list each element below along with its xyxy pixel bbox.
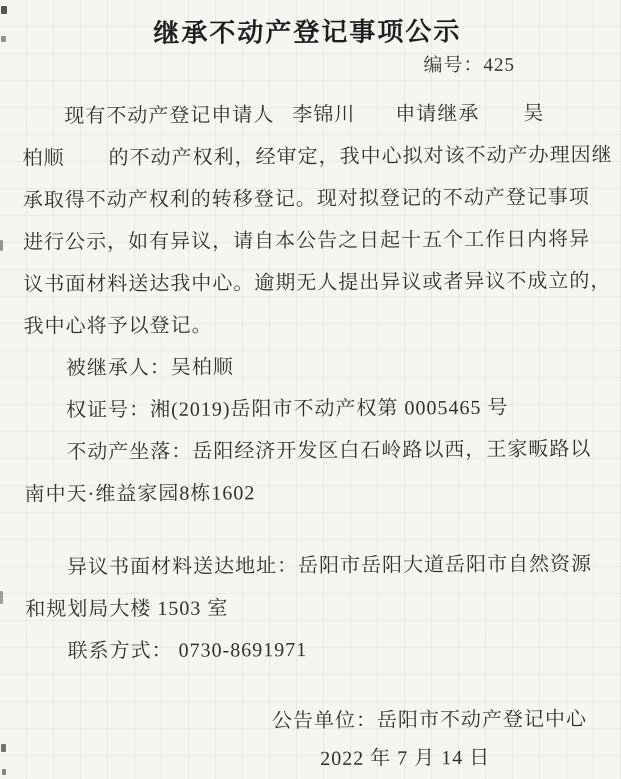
applicant-name: 李锦川 <box>292 104 355 126</box>
apply-inherit-text: 申请继承 <box>395 103 479 126</box>
body-line-5: 议书面材料送达我中心。逾期无人提出异议或者异议不成立的， <box>23 260 594 305</box>
applicant-intro-text: 现有不动产登记申请人 <box>64 104 274 127</box>
body-line-6: 我中心将予以登记。 <box>23 302 594 347</box>
scan-artifact <box>2 769 6 775</box>
deceased-line: 被继承人：吴柏顺 <box>24 344 595 389</box>
objection-address-line-1: 异议书面材料送达地址：岳阳市岳阳大道岳阳市自然资源 <box>25 543 596 588</box>
body-line-3: 承取得不动产权利的转移登记。现对拟登记的不动产登记事项 <box>23 176 594 221</box>
objection-address-line-2: 和规划局大楼 1503 室 <box>25 585 596 630</box>
body-line-2-text: 的不动产权利，经审定，我中心拟对该不动产办理因继 <box>109 144 613 169</box>
issuer-line: 公告单位：岳阳市不动产登记中心 <box>26 698 597 743</box>
body-line-applicant: 现有不动产登记申请人李锦川申请继承吴 <box>22 92 593 137</box>
body-line-4: 进行公示，如有异议，请自本公告之日起十五个工作日内将异 <box>23 218 594 263</box>
page-title: 继承不动产登记事项公示 <box>22 12 593 51</box>
date-line: 2022 年 7 月 14 日 <box>26 740 597 779</box>
scanned-notice-page: { "document": { "title": "继承不动产登记事项公示", … <box>0 0 621 779</box>
notice-body: 现有不动产登记申请人李锦川申请继承吴 柏顺的不动产权利，经审定，我中心拟对该不动… <box>22 92 597 779</box>
doc-number: 编号：425 <box>22 52 593 81</box>
property-location-line-2: 南中天·维益家园8栋1602 <box>25 470 596 515</box>
certificate-number-line: 权证号：湘(2019)岳阳市不动产权第 0005465 号 <box>24 386 595 431</box>
decedent-name-part1: 吴 <box>523 103 544 125</box>
scan-artifact <box>1 36 6 42</box>
section-gap <box>25 512 596 546</box>
body-line-2: 柏顺的不动产权利，经审定，我中心拟对该不动产办理因继 <box>22 134 593 179</box>
document-sheet: 继承不动产登记事项公示 编号：425 现有不动产登记申请人李锦川申请继承吴 柏顺… <box>0 0 621 779</box>
scan-artifact <box>0 240 3 251</box>
footer-gap <box>26 669 597 701</box>
scan-artifact <box>1 744 6 752</box>
property-location-line-1: 不动产坐落：岳阳经济开发区白石岭路以西，王家畈路以 <box>24 428 595 473</box>
contact-line: 联系方式： 0730-8691971 <box>25 627 596 672</box>
decedent-name-part2: 柏顺 <box>23 147 65 169</box>
scan-artifact <box>0 591 3 604</box>
scan-artifact <box>1 6 7 14</box>
